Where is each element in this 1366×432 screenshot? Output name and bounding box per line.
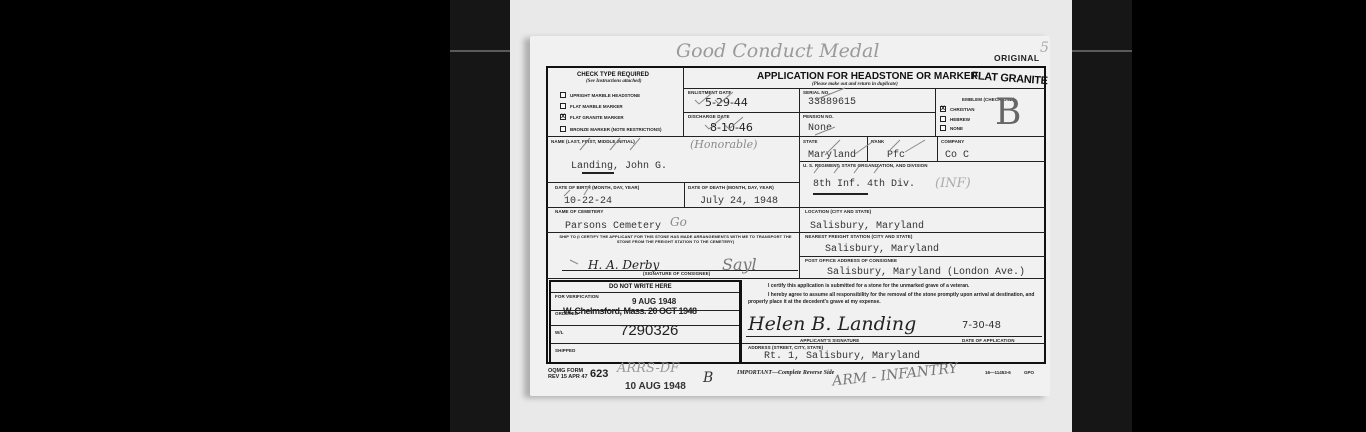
printer-mark: GPO	[1024, 370, 1034, 375]
label-wl: W/L	[555, 330, 564, 335]
film-scratch-right	[1072, 50, 1132, 52]
print-code: 16—11453-6	[985, 370, 1011, 375]
corner-mark: 5	[1040, 40, 1049, 56]
application-date: 7-30-48	[962, 320, 1001, 331]
handwritten-title: Good Conduct Medal	[676, 40, 879, 62]
form-number: 623	[590, 368, 608, 380]
film-strip-right	[1072, 0, 1132, 432]
label-address: ADDRESS (Street, City, State)	[748, 345, 823, 350]
film-scratch-left	[450, 50, 510, 52]
film-margin-left	[0, 0, 450, 432]
form-id-line-2: REV 15 APR 47	[548, 374, 588, 380]
film-strip-left	[450, 0, 510, 432]
value-address: Rt. 1, Salisbury, Maryland	[764, 351, 920, 362]
handwritten-code: ARRS-DF	[617, 361, 679, 376]
divider	[742, 343, 1045, 344]
divider	[551, 343, 739, 344]
form-id: OQMG FORM REV 15 APR 47	[548, 368, 588, 380]
pencil-check-marks	[540, 60, 1060, 320]
received-mark: B	[703, 370, 713, 386]
signature-line	[746, 336, 1042, 337]
important-note: IMPORTANT—Complete Reverse Side	[737, 370, 834, 376]
wl-value: 7290326	[620, 322, 678, 339]
received-stamp: 10 AUG 1948	[625, 381, 686, 392]
label-shipped: SHIPPED	[555, 348, 575, 353]
